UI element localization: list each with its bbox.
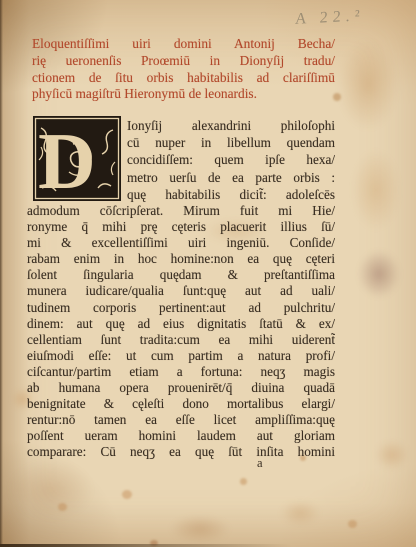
heading-line: phyſicū magiſtrū Hieronymū de leonardis. [32, 86, 335, 103]
text-line: ſolent ſingularia quędam & preſtantiſſim… [27, 267, 335, 283]
text-line: mi & excellentiſſimi uiri ingeniū. Conſi… [27, 235, 335, 251]
text-line: dinem: aut quę ad eius dignitatis ſtatū … [27, 316, 335, 332]
heading-line: Eloquentiſſimi uiri domini Antonij Becha… [32, 36, 335, 53]
text-line: cellentiam ſunt tradita:cum ea mihi uide… [27, 332, 335, 348]
text-line: eiuſmodi eſſe: ut cum partim a natura pr… [27, 348, 335, 364]
text-line: quę habitabilis dicit̃: adoleſcēs [127, 186, 335, 203]
text-line: Ionyſij alexandrini philoſophi [127, 117, 335, 134]
text-line: ab humana opera prouenirēt/q̄ diuina qua… [27, 380, 335, 396]
text-line: poſſent ueram homini laudem aut gloriam [27, 428, 335, 444]
heading-line: rię ueronenſis Proœmiū in Dionyſij tradu… [32, 53, 335, 70]
text-line: ciſcantur/partim etiam a fortuna: neqʒ m… [27, 364, 335, 380]
text-line: munera iudicare/qualia ſunt:quę aut ad u… [27, 283, 335, 299]
stain [338, 40, 398, 130]
stain [280, 500, 320, 526]
pencil-inscription-text: A 22.² [295, 7, 365, 28]
body-text-indented: Ionyſij alexandrini philoſophi cū nuper … [127, 117, 335, 203]
stain [375, 440, 409, 470]
foxing-dot [240, 478, 247, 485]
drop-cap-letter: D [38, 118, 96, 201]
text-line: metro uerſu de ea parte orbis : [127, 169, 335, 186]
stain [8, 460, 93, 520]
text-line: rentur:nō tamen ea eſſe licet ampliſſima… [27, 412, 335, 428]
text-line: ronyme q̄ mihi prę cęteris placuerit ill… [27, 219, 335, 235]
text-line: concidiſſem: quem ipſe hexa/ [127, 151, 335, 168]
text-line: admodum cōſcripſerat. Mirum fuit mi Hie/ [27, 203, 335, 219]
signature-mark: a [257, 456, 263, 471]
text-line: rabam enim in hoc homine:non ea quę cęte… [27, 251, 335, 267]
body-text-full: admodum cōſcripſerat. Mirum fuit mi Hie/… [27, 203, 335, 461]
scanned-page: A 22.² Eloquentiſſimi uiri domini Antoni… [0, 0, 416, 547]
text-line: benignitate & cęleſti dono mortalibus el… [27, 396, 335, 412]
page-edge-left [0, 0, 3, 547]
stain [170, 515, 230, 543]
text-line: tudinem corporis pertinent:aut ad pulchr… [27, 300, 335, 316]
text-line: cū nuper in libellum quendam [127, 134, 335, 151]
stain [352, 150, 400, 230]
foxing-dot [122, 490, 132, 499]
woodcut-initial-d: D [33, 116, 121, 201]
foxing-dot [58, 503, 67, 511]
foxing-dot [348, 520, 357, 528]
incipit-heading: Eloquentiſſimi uiri domini Antonij Becha… [32, 36, 335, 103]
text-line: comparare: Cū neqʒ ea quę ſūt inſita hom… [27, 444, 335, 460]
pencil-inscription: A 22.² [295, 5, 406, 29]
stain [358, 250, 400, 298]
heading-line: ctionem de ſitu orbis habitabilis ad cla… [32, 70, 335, 87]
